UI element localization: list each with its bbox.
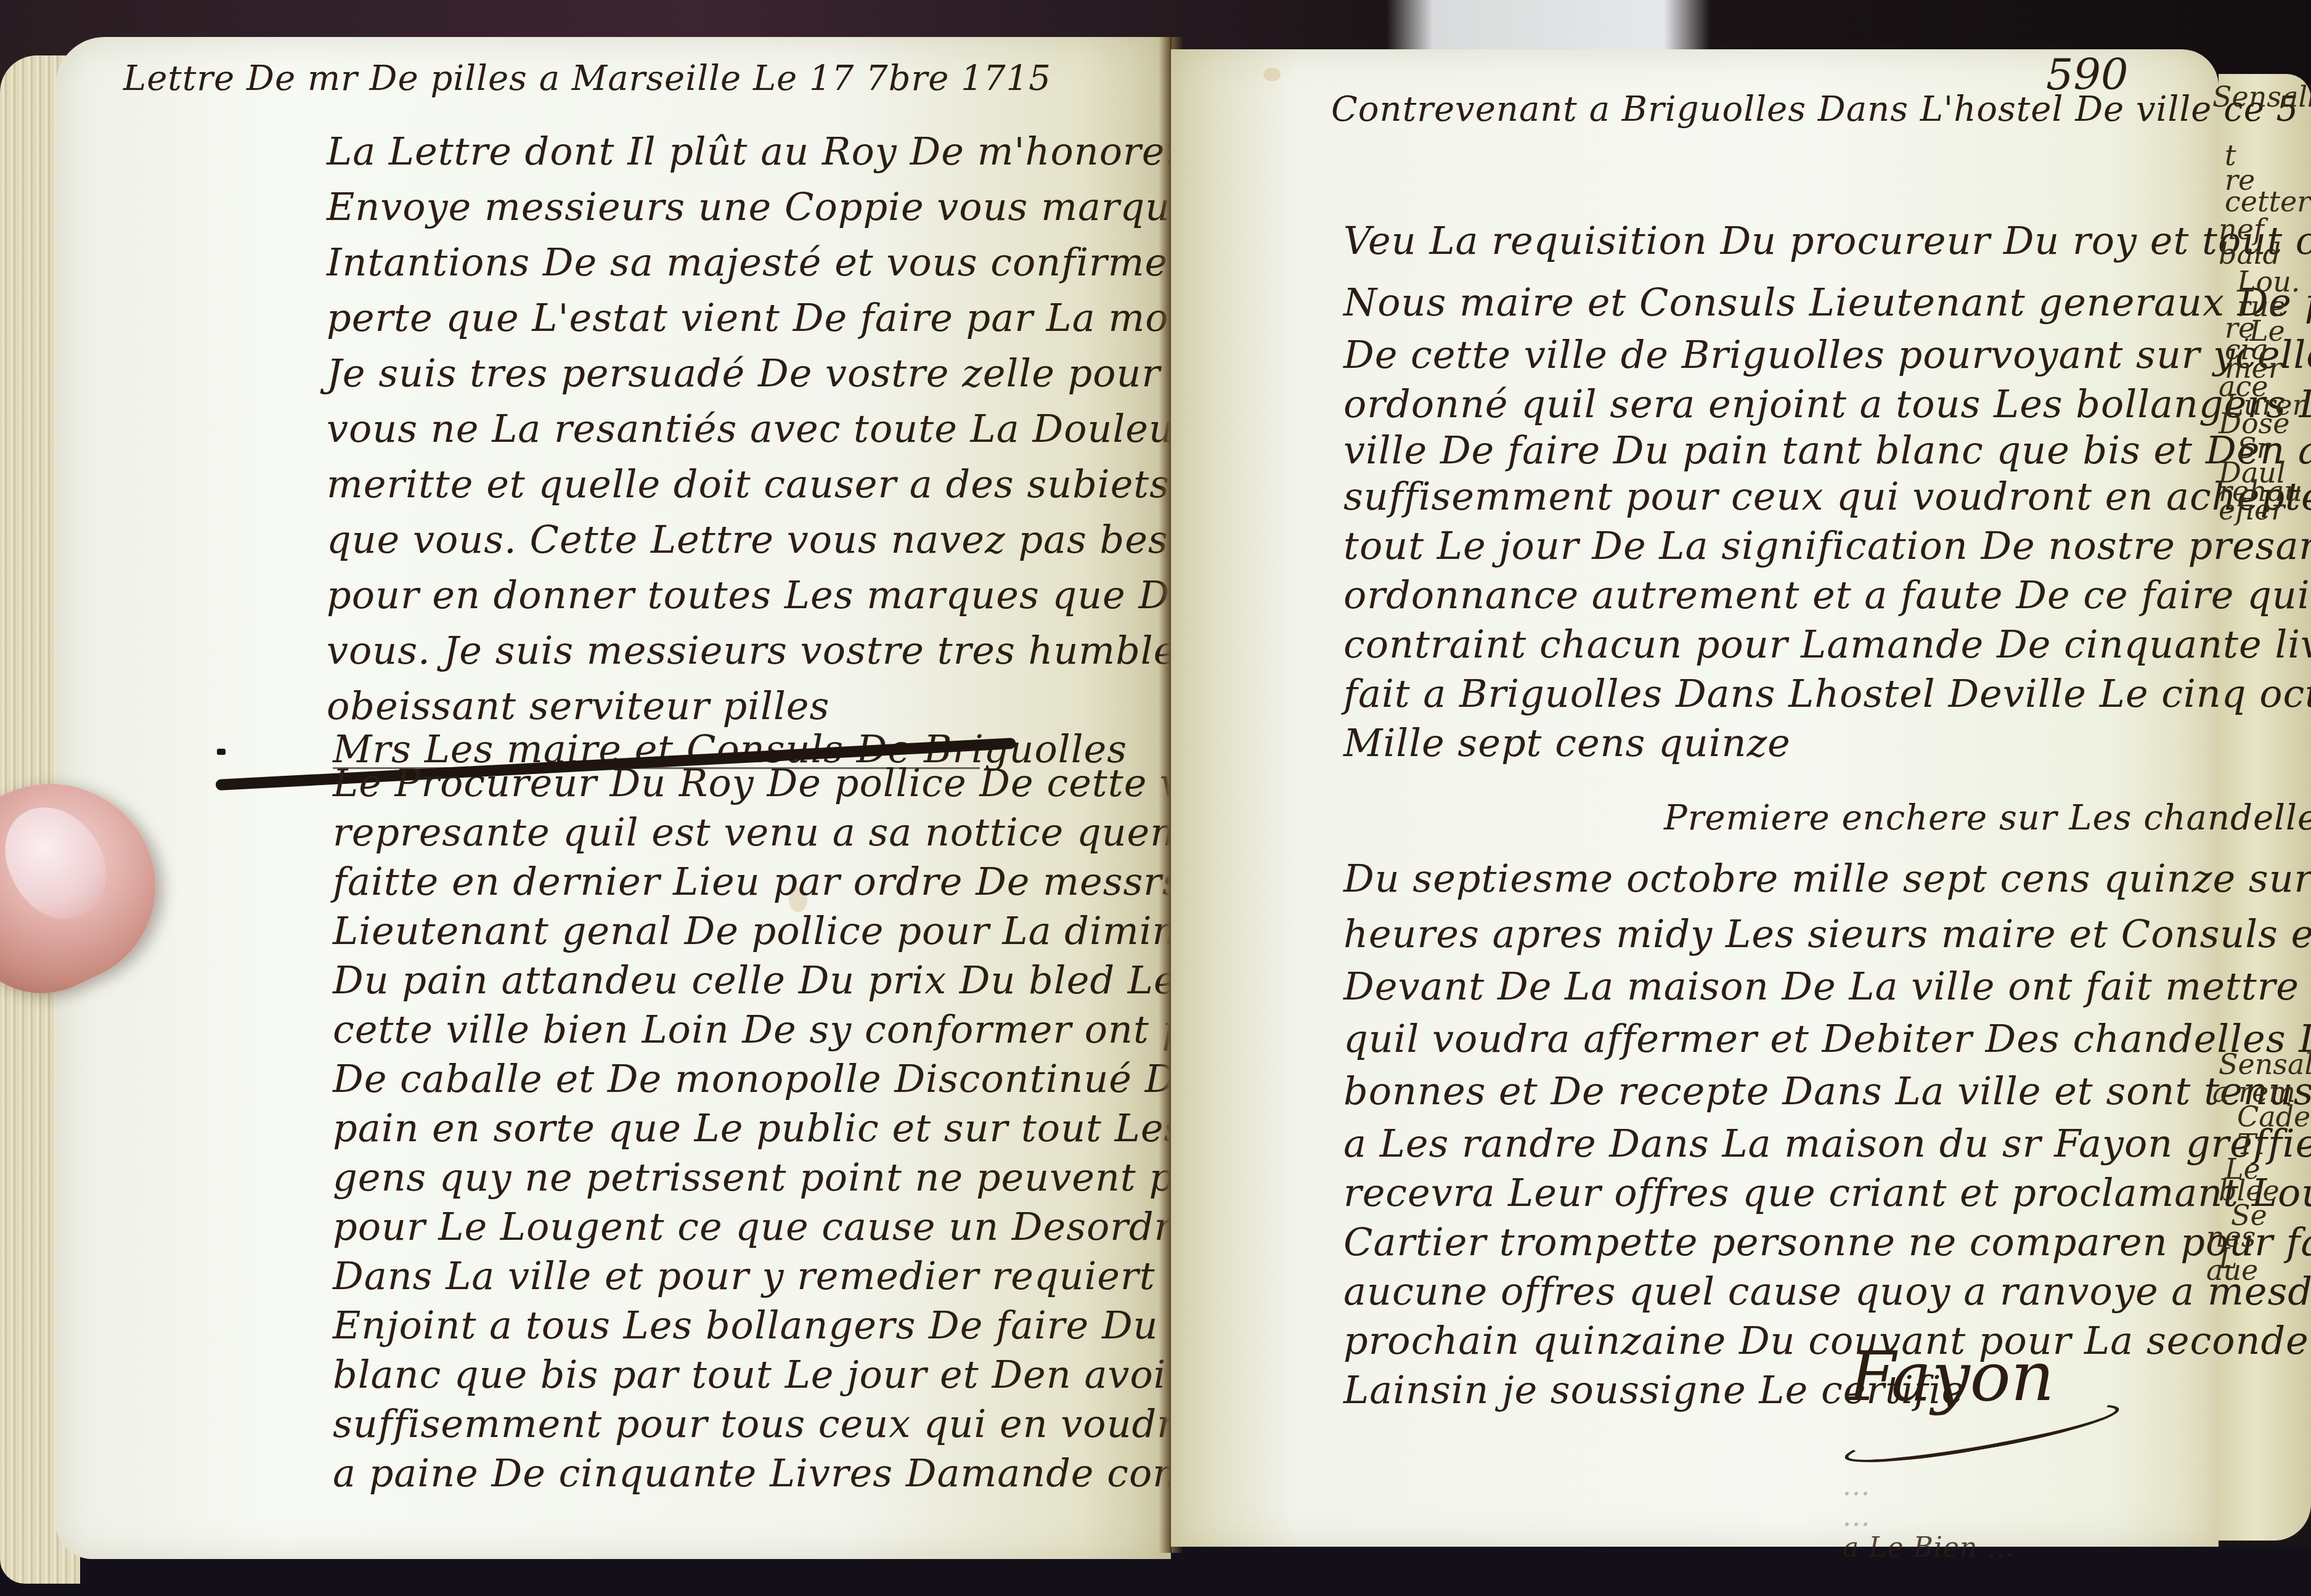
- auction-line: a Les randre Dans La maison du sr Fayon …: [1343, 1125, 2311, 1163]
- ordinance-line: Mille sept cens quinze: [1343, 724, 1791, 762]
- manuscript-photo: Lettre De mr De pilles a Marseille Le 17…: [0, 0, 2311, 1596]
- ordinance-line: ordonnance autrement et a faute De ce fa…: [1343, 576, 2311, 614]
- margin-fragment: Sensalle: [2212, 80, 2311, 113]
- margin-fragment: efier: [2219, 493, 2285, 526]
- ordinance-line: ville De faire Du pain tant blanc que bi…: [1343, 431, 2311, 470]
- requisition-line: blanc que bis par tout Le jour et Den av…: [333, 1356, 1185, 1394]
- ordinance-line: suffisemment pour ceux qui voudront en a…: [1343, 478, 2311, 516]
- ordinance-line: Veu La requisition Du procureur Du roy e…: [1343, 222, 2311, 260]
- left-page-header: Lettre De mr De pilles a Marseille Le 17…: [123, 62, 1051, 96]
- margin-fragment: L: [2219, 1242, 2238, 1275]
- ordinance-line: tout Le jour De La signification De nost…: [1343, 527, 2311, 565]
- thumbnail-nail: [0, 790, 123, 935]
- auction-line: Cartier trompette personne ne comparen p…: [1343, 1223, 2311, 1261]
- auction-line: heures apres midy Les sieurs maire et Co…: [1343, 915, 2311, 953]
- auction-line: Du septiesme octobre mille sept cens qui…: [1343, 860, 2311, 898]
- faint-note: ...: [1843, 1473, 1870, 1500]
- auction-line: aucune offres quel cause quoy a ranvoye …: [1343, 1272, 2311, 1311]
- ordinance-line: Nous maire et Consuls Lieutenant generau…: [1343, 283, 2311, 322]
- ordinance-line: ordonné quil sera enjoint a tous Les bol…: [1343, 385, 2311, 423]
- letter-line: Intantions De sa majesté et vous confirm…: [327, 243, 1273, 282]
- auction-line: quil voudra affermer et Debiter Des chan…: [1343, 1020, 2311, 1058]
- ordinance-line: fait a Briguolles Dans Lhostel Deville L…: [1343, 675, 2311, 713]
- auction-heading: Premiere enchere sur Les chandelles: [1664, 801, 2311, 836]
- letter-line: obeissant serviteur pilles: [327, 687, 829, 725]
- divider-dot: [217, 749, 226, 755]
- faint-note: a Le Bien ...: [1843, 1534, 2015, 1561]
- ordinance-line: De cette ville de Briguolles pourvoyant …: [1343, 336, 2311, 374]
- faint-note: ...: [1843, 1504, 1870, 1531]
- auction-line: prochain quinzaine Du couvant pour La se…: [1343, 1322, 2311, 1360]
- right-page-header: Contrevenant a Briguolles Dans L'hostel …: [1331, 92, 2311, 127]
- auction-line: Devant De La maison De La ville ont fait…: [1343, 967, 2311, 1006]
- ordinance-line: contraint chacun pour Lamande De cinquan…: [1343, 625, 2311, 664]
- auction-line: bonnes et De recepte Dans La ville et so…: [1343, 1072, 2311, 1110]
- auction-line: recevra Leur offres que criant et procla…: [1343, 1174, 2311, 1212]
- clerk-signature: Fayon: [1849, 1337, 2055, 1416]
- paper-stain: [1263, 68, 1281, 81]
